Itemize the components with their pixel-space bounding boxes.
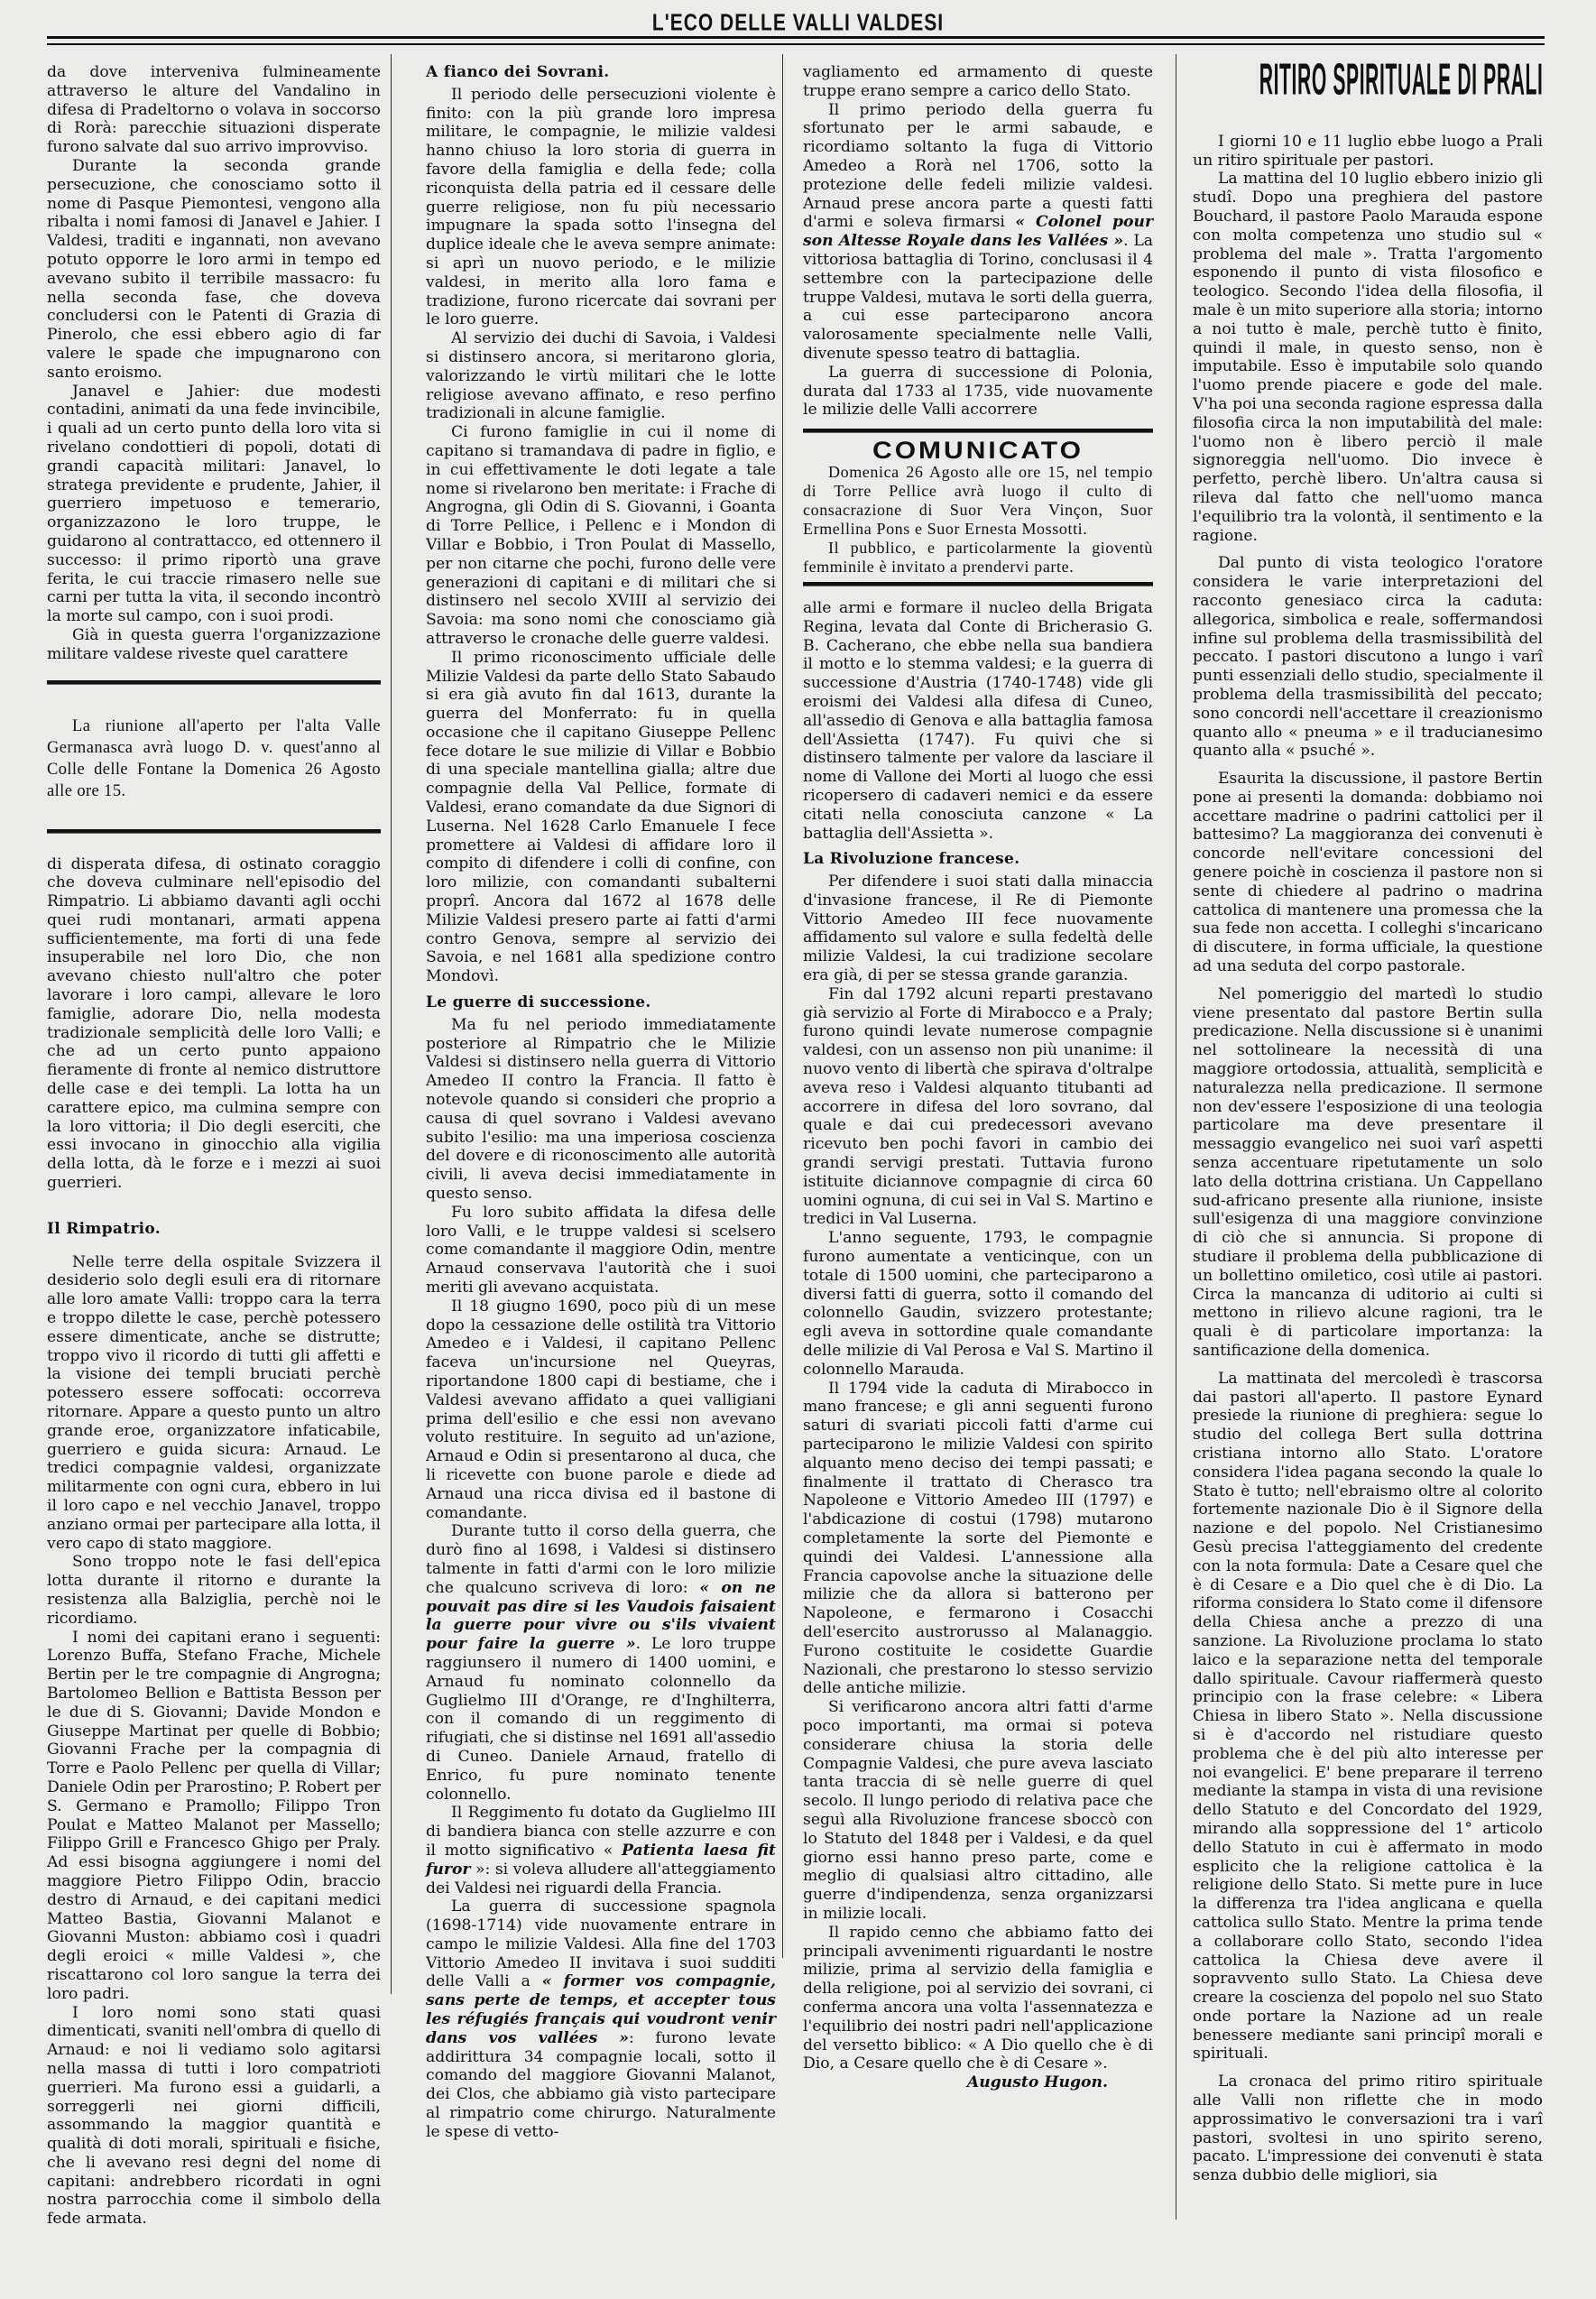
notice-text: La riunione all'aperto per l'alta Valle … bbox=[47, 716, 381, 802]
article-paragraph: Durante tutto il corso della guerra, che… bbox=[426, 1522, 776, 1804]
article-paragraph: La mattinata del mercoledì è trascorsa d… bbox=[1193, 1370, 1543, 2064]
article-paragraph: Si verificarono ancora altri fatti d'arm… bbox=[803, 1698, 1153, 1924]
article-paragraph: La mattina del 10 luglio ebbero inizio g… bbox=[1193, 170, 1543, 545]
article-paragraph: di disperata difesa, di ostinato coraggi… bbox=[47, 855, 381, 1193]
article-paragraph: alle armi e formare il nucleo della Brig… bbox=[803, 599, 1153, 843]
article-paragraph: La guerra di successione di Polonia, dur… bbox=[803, 364, 1153, 420]
article-paragraph: Al servizio dei duchi di Savoia, i Valde… bbox=[426, 329, 776, 423]
author-signature: Augusto Hugon. bbox=[803, 2073, 1153, 2092]
masthead: L'ECO DELLE VALLI VALDESI bbox=[0, 10, 1596, 37]
column-2: A fianco dei Sovrani. Il periodo delle p… bbox=[426, 63, 776, 2142]
article-paragraph: L'anno seguente, 1793, le compagnie furo… bbox=[803, 1229, 1153, 1379]
article-paragraph: Dal punto di vista teologico l'oratore c… bbox=[1193, 554, 1543, 761]
article-title: RITIRO SPIRITUALE DI PRALI bbox=[1259, 67, 1477, 94]
newspaper-page: L'ECO DELLE VALLI VALDESI da dove interv… bbox=[0, 0, 1596, 2299]
article-paragraph: Janavel e Jahier: due modesti contadini,… bbox=[47, 383, 381, 626]
article-paragraph: Sono troppo note le fasi dell'epica lott… bbox=[47, 1553, 381, 1628]
article-paragraph: Il primo periodo della guerra fu sfortun… bbox=[803, 101, 1153, 364]
section-divider bbox=[803, 582, 1153, 586]
article-paragraph: Fin dal 1792 alcuni reparti prestavano g… bbox=[803, 985, 1153, 1229]
article-paragraph: Già in questa guerra l'organizzazione mi… bbox=[47, 626, 381, 664]
article-paragraph: I nomi dei capitani erano i seguenti: Lo… bbox=[47, 1629, 381, 2004]
comunicato-paragraph: Il pubblico, e particolarmente la gioven… bbox=[803, 539, 1153, 577]
article-paragraph: La cronaca del primo ritiro spirituale a… bbox=[1193, 2073, 1543, 2185]
subheading: Il Rimpatrio. bbox=[47, 1220, 381, 1239]
article-paragraph: I loro nomi sono stati quasi dimenticati… bbox=[47, 2004, 381, 2230]
article-paragraph: da dove interveniva fulmineamente attrav… bbox=[47, 63, 381, 157]
article-paragraph: Il periodo delle persecuzioni violente è… bbox=[426, 86, 776, 329]
article-paragraph: I giorni 10 e 11 luglio ebbe luogo a Pra… bbox=[1193, 133, 1543, 171]
comunicato-paragraph: Domenica 26 Agosto alle ore 15, nel temp… bbox=[803, 463, 1153, 539]
article-paragraph: Fu loro subito affidata la difesa delle … bbox=[426, 1204, 776, 1297]
comunicato-box: COMUNICATO Domenica 26 Agosto alle ore 1… bbox=[803, 442, 1153, 577]
subheading: La Rivoluzione francese. bbox=[803, 850, 1153, 869]
article-paragraph: La guerra di successione spagnola (1698-… bbox=[426, 1897, 776, 2141]
subheading: Le guerre di successione. bbox=[426, 993, 776, 1012]
section-divider bbox=[803, 429, 1153, 433]
article-paragraph: vagliamento ed armamento di queste trupp… bbox=[803, 63, 1153, 101]
article-paragraph: Esaurita la discussione, il pastore Bert… bbox=[1193, 770, 1543, 976]
column-4: RITIRO SPIRITUALE DI PRALI I giorni 10 e… bbox=[1193, 63, 1543, 2185]
section-divider bbox=[47, 680, 381, 685]
notice-box: La riunione all'aperto per l'alta Valle … bbox=[47, 716, 381, 802]
column-divider bbox=[782, 54, 783, 1958]
article-paragraph: Ma fu nel periodo immediatamente posteri… bbox=[426, 1016, 776, 1204]
article-paragraph: Il primo riconoscimento ufficiale delle … bbox=[426, 649, 776, 986]
masthead-rule-top bbox=[47, 36, 1545, 39]
subheading: A fianco dei Sovrani. bbox=[426, 63, 776, 82]
column-divider bbox=[1176, 54, 1176, 2220]
article-paragraph: Durante la seconda grande persecuzione, … bbox=[47, 157, 381, 383]
article-paragraph: Il 1794 vide la caduta di Mirabocco in m… bbox=[803, 1380, 1153, 1699]
article-paragraph: Nel pomeriggio del martedì lo studio vie… bbox=[1193, 985, 1543, 1361]
article-paragraph: Nelle terre della ospitale Svizzera il d… bbox=[47, 1253, 381, 1554]
article-paragraph: Il rapido cenno che abbiamo fatto dei pr… bbox=[803, 1924, 1153, 2073]
masthead-rule-bottom bbox=[47, 43, 1545, 45]
column-3: vagliamento ed armamento di queste trupp… bbox=[803, 63, 1153, 2092]
article-paragraph: Per difendere i suoi stati dalla minacci… bbox=[803, 873, 1153, 985]
column-1: da dove interveniva fulmineamente attrav… bbox=[47, 63, 381, 2229]
section-divider bbox=[47, 829, 381, 834]
article-paragraph: Il 18 giugno 1690, poco più di un mese d… bbox=[426, 1297, 776, 1523]
column-divider bbox=[391, 54, 392, 1994]
article-paragraph: Ci furono famiglie in cui il nome di cap… bbox=[426, 423, 776, 649]
comunicato-title: COMUNICATO bbox=[803, 443, 1153, 460]
article-paragraph: Il Reggimento fu dotato da Guglielmo III… bbox=[426, 1804, 776, 1897]
